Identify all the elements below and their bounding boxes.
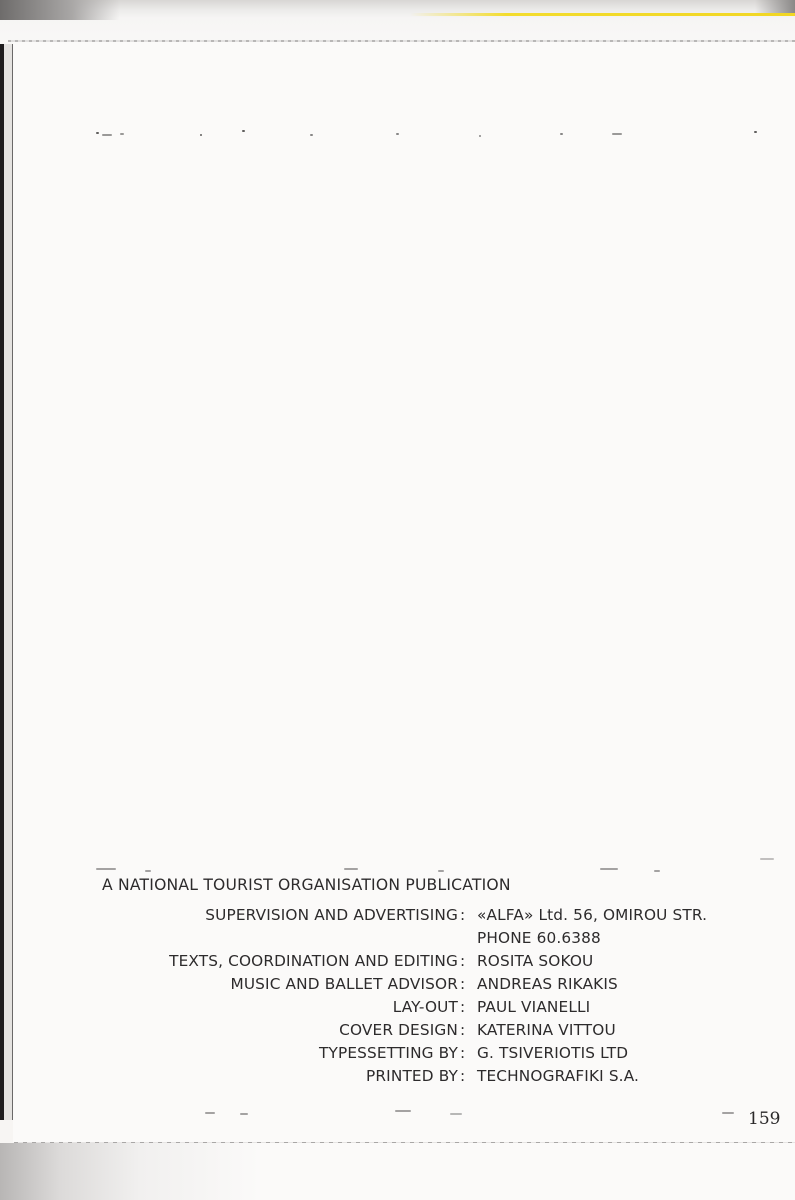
credit-role: COVER DESIGN [339, 1021, 458, 1039]
credit-separator: : [460, 975, 465, 993]
credit-name: KATERINA VITTOU [477, 1021, 616, 1039]
credit-row-music: MUSIC AND BALLET ADVISOR : ANDREAS RIKAK… [0, 975, 795, 997]
credit-separator: : [460, 952, 465, 970]
credit-role: PRINTED BY [366, 1067, 458, 1085]
credit-role: TYPESSETTING BY [319, 1044, 458, 1062]
credit-separator: : [460, 1044, 465, 1062]
colophon: A NATIONAL TOURIST ORGANISATION PUBLICAT… [0, 0, 795, 1200]
credit-row-layout: LAY-OUT : PAUL VIANELLI [0, 998, 795, 1020]
credit-name: ANDREAS RIKAKIS [477, 975, 618, 993]
credit-row-printed-by: PRINTED BY : TECHNOGRAFIKI S.A. [0, 1067, 795, 1089]
credit-name: TECHNOGRAFIKI S.A. [477, 1067, 639, 1085]
page-number: 159 [748, 1109, 780, 1129]
credit-role: TEXTS, COORDINATION AND EDITING [169, 952, 458, 970]
credit-row-typesetting: TYPESSETTING BY : G. TSIVERIOTIS LTD [0, 1044, 795, 1066]
credit-separator: : [460, 998, 465, 1016]
credit-role: SUPERVISION AND ADVERTISING [205, 906, 458, 924]
publication-line: A NATIONAL TOURIST ORGANISATION PUBLICAT… [102, 876, 511, 894]
credit-name-line2: PHONE 60.6388 [477, 929, 601, 947]
credit-name: PAUL VIANELLI [477, 998, 590, 1016]
credit-row-cover-design: COVER DESIGN : KATERINA VITTOU [0, 1021, 795, 1043]
credit-row-supervision-line2: PHONE 60.6388 [0, 929, 795, 951]
credit-separator: : [460, 1067, 465, 1085]
credit-separator: : [460, 1021, 465, 1039]
credit-role: LAY-OUT [393, 998, 458, 1016]
credit-name: G. TSIVERIOTIS LTD [477, 1044, 628, 1062]
credit-row-supervision: SUPERVISION AND ADVERTISING : «ALFA» Ltd… [0, 906, 795, 928]
credit-row-texts: TEXTS, COORDINATION AND EDITING : ROSITA… [0, 952, 795, 974]
credit-name: «ALFA» Ltd. 56, OMIROU STR. [477, 906, 707, 924]
credit-role: MUSIC AND BALLET ADVISOR [230, 975, 458, 993]
credit-name: ROSITA SOKOU [477, 952, 593, 970]
credit-separator: : [460, 906, 465, 924]
